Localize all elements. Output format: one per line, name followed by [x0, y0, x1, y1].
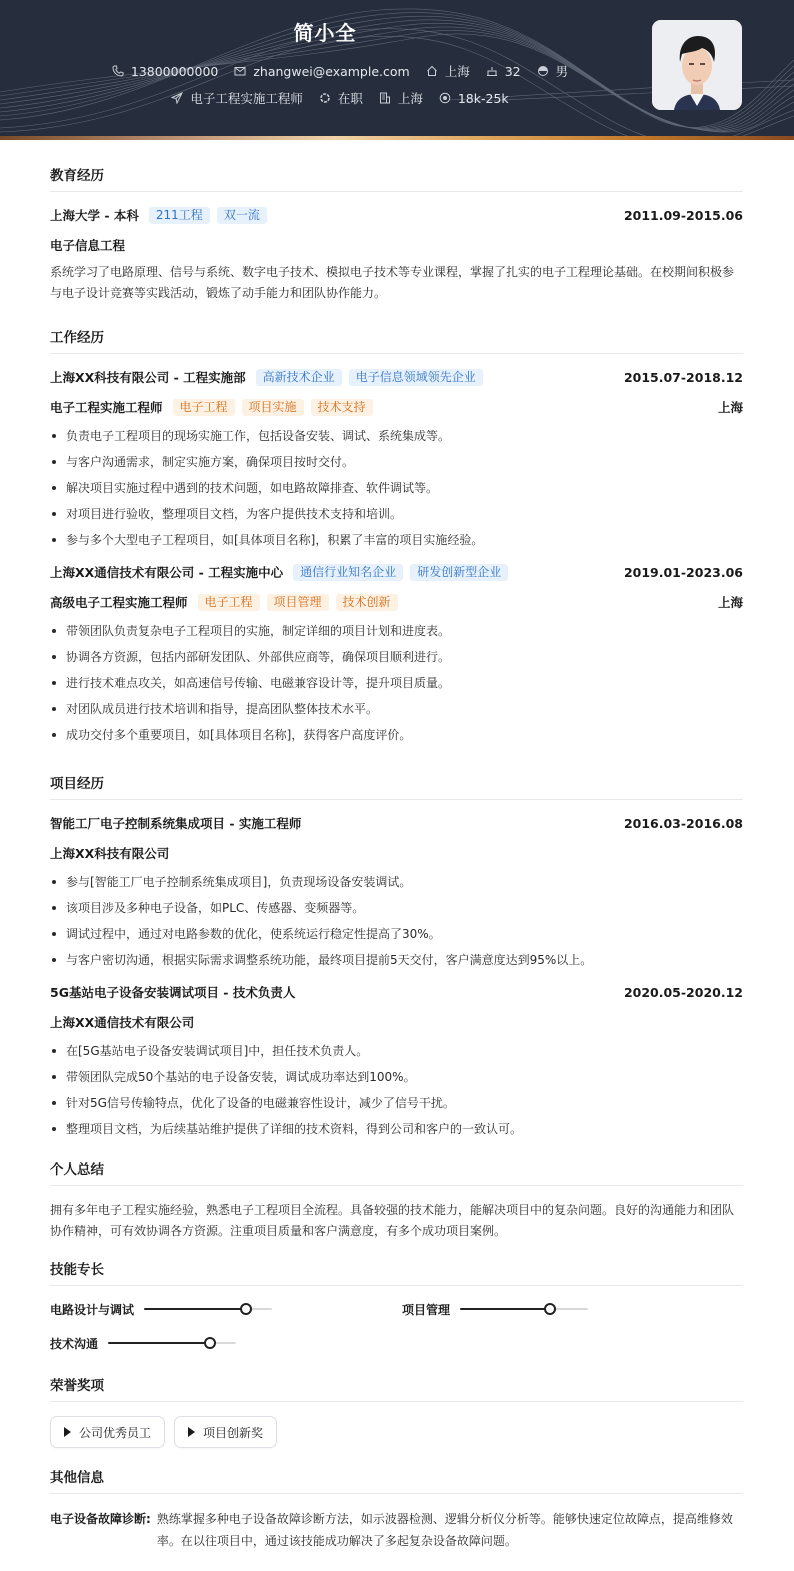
target-position-info: 电子工程实施工程师 [171, 89, 303, 107]
avatar-photo [652, 20, 742, 110]
company-name: 上海XX科技有限公司 - 工程实施部 [50, 368, 246, 386]
position-tag: 项目管理 [267, 594, 329, 611]
home-info: 上海 [426, 62, 470, 80]
education-header-row: 上海大学 - 本科 211工程 双一流 2011.09-2015.06 [50, 206, 743, 224]
company-row: 上海XX通信技术有限公司 - 工程实施中心 通信行业知名企业 研发创新型企业 2… [50, 563, 743, 581]
school-tag: 211工程 [149, 207, 210, 224]
list-item: 针对5G信号传输特点，优化了设备的电磁兼容性设计，减少了信号干扰。 [50, 1090, 743, 1116]
list-item: 进行技术难点攻关，如高速信号传输、电磁兼容设计等，提升项目质量。 [50, 670, 743, 696]
job-location: 上海 [718, 398, 743, 416]
list-item: 负责电子工程项目的现场实施工作，包括设备安装、调试、系统集成等。 [50, 423, 743, 449]
list-item: 协调各方资源，包括内部研发团队、外部供应商等，确保项目顺利进行。 [50, 644, 743, 670]
job-date: 2015.07-2018.12 [624, 370, 743, 385]
company-tag: 通信行业知名企业 [293, 564, 403, 581]
phone-icon [112, 65, 124, 77]
building-icon [379, 92, 391, 104]
school-tag: 双一流 [217, 207, 267, 224]
section-title: 教育经历 [50, 164, 743, 192]
other-label: 电子设备故障诊断: [50, 1508, 151, 1552]
skill-label: 电路设计与调试 [50, 1301, 134, 1318]
school-name: 上海大学 - 本科 [50, 206, 139, 224]
section-title: 个人总结 [50, 1158, 743, 1186]
project-entry: 智能工厂电子控制系统集成项目 - 实施工程师 2016.03-2016.08 上… [50, 814, 743, 973]
home-icon [426, 65, 438, 77]
age-info: 32 [486, 64, 521, 79]
list-item: 对团队成员进行技术培训和指导，提高团队整体技术水平。 [50, 696, 743, 722]
job-location: 上海 [718, 593, 743, 611]
skill-item: 项目管理 [402, 1300, 588, 1318]
work-city-info: 上海 [379, 89, 423, 107]
section-title: 其他信息 [50, 1466, 743, 1494]
email-address[interactable]: zhangwei@example.com [253, 64, 409, 79]
skill-label: 技术沟通 [50, 1335, 98, 1352]
job-entry: 上海XX通信技术有限公司 - 工程实施中心 通信行业知名企业 研发创新型企业 2… [50, 563, 743, 748]
list-item: 成功交付多个重要项目，如[具体项目名称]，获得客户高度评价。 [50, 722, 743, 748]
company-tag: 研发创新型企业 [410, 564, 508, 581]
skill-item: 技术沟通 [50, 1334, 402, 1352]
list-item: 与客户沟通需求，制定实施方案，确保项目按时交付。 [50, 449, 743, 475]
job-date: 2019.01-2023.06 [624, 565, 743, 580]
award-item[interactable]: 项目创新奖 [174, 1416, 277, 1448]
section-title: 荣誉奖项 [50, 1374, 743, 1402]
skills-section: 技能专长 电路设计与调试 项目管理 技术沟通 [50, 1258, 743, 1368]
list-item: 整理项目文档，为后续基站维护提供了详细的技术资料，得到公司和客户的一致认可。 [50, 1116, 743, 1142]
gender-info: 男 [537, 62, 569, 80]
list-item: 与客户密切沟通，根据实际需求调整系统功能，最终项目提前5天交付，客户满意度达到9… [50, 947, 743, 973]
summary-section: 个人总结 拥有多年电子工程实施经验，熟悉电子工程项目全流程。具备较强的技术能力，… [50, 1158, 743, 1242]
position-tag: 项目实施 [242, 399, 304, 416]
phone-number[interactable]: 13800000000 [131, 64, 218, 79]
work-section: 工作经历 上海XX科技有限公司 - 工程实施部 高新技术企业 电子信息领域领先企… [50, 326, 743, 748]
play-triangle-icon [188, 1427, 195, 1437]
list-item: 带领团队完成50个基站的电子设备安装，调试成功率达到100%。 [50, 1064, 743, 1090]
project-entry: 5G基站电子设备安装调试项目 - 技术负责人 2020.05-2020.12 上… [50, 983, 743, 1142]
skill-label: 项目管理 [402, 1301, 450, 1318]
position-tag: 电子工程 [198, 594, 260, 611]
section-title: 项目经历 [50, 772, 743, 800]
project-header-row: 5G基站电子设备安装调试项目 - 技术负责人 2020.05-2020.12 [50, 983, 743, 1001]
job-entry: 上海XX科技有限公司 - 工程实施部 高新技术企业 电子信息领域领先企业 201… [50, 368, 743, 553]
list-item: 该项目涉及多种电子设备，如PLC、传感器、变频器等。 [50, 895, 743, 921]
contact-row: 13800000000 zhangwei@example.com 上海 32 男 [0, 62, 680, 80]
play-triangle-icon [64, 1427, 71, 1437]
skill-level-slider[interactable] [460, 1303, 588, 1315]
project-date: 2020.05-2020.12 [624, 985, 743, 1000]
status-info: 在职 [319, 89, 363, 107]
list-item: 解决项目实施过程中遇到的技术问题，如电路故障排查、软件调试等。 [50, 475, 743, 501]
job-intent-row: 电子工程实施工程师 在职 上海 18k-25k [0, 89, 680, 107]
skills-list: 电路设计与调试 项目管理 技术沟通 [50, 1300, 743, 1368]
company-tag: 电子信息领域领先企业 [349, 369, 483, 386]
salary-info: 18k-25k [439, 91, 509, 106]
job-responsibilities: 带领团队负责复杂电子工程项目的实施，制定详细的项目计划和进度表。 协调各方资源，… [50, 618, 743, 748]
position-title: 高级电子工程实施工程师 [50, 593, 188, 611]
position-row: 高级电子工程实施工程师 电子工程 项目管理 技术创新 上海 [50, 593, 743, 611]
skill-level-slider[interactable] [108, 1337, 236, 1349]
projects-section: 项目经历 智能工厂电子控制系统集成项目 - 实施工程师 2016.03-2016… [50, 772, 743, 1142]
gender-icon [537, 65, 549, 77]
list-item: 调试过程中，通过对电路参数的优化，使系统运行稳定性提高了30%。 [50, 921, 743, 947]
mail-icon [234, 65, 246, 77]
age: 32 [505, 64, 521, 79]
target-position: 电子工程实施工程师 [190, 89, 303, 107]
resume-header: 简小全 13800000000 zhangwei@example.com 上海 … [0, 0, 794, 140]
position-tag: 技术支持 [311, 399, 373, 416]
other-item: 电子设备故障诊断: 熟练掌握多种电子设备故障诊断方法，如示波器检测、逻辑分析仪分… [50, 1508, 743, 1552]
education-section: 教育经历 上海大学 - 本科 211工程 双一流 2011.09-2015.06… [50, 164, 743, 304]
employment-status: 在职 [338, 89, 363, 107]
project-details: 在[5G基站电子设备安装调试项目]中，担任技术负责人。 带领团队完成50个基站的… [50, 1038, 743, 1142]
award-label: 项目创新奖 [203, 1424, 263, 1441]
header-accent-bar [0, 136, 794, 140]
project-details: 参与[智能工厂电子控制系统集成项目]，负责现场设备安装调试。 该项目涉及多种电子… [50, 869, 743, 973]
salary-icon [439, 92, 451, 104]
list-item: 带领团队负责复杂电子工程项目的实施，制定详细的项目计划和进度表。 [50, 618, 743, 644]
major-row: 电子信息工程 [50, 236, 743, 254]
education-description: 系统学习了电路原理、信号与系统、数字电子技术、模拟电子技术等专业课程，掌握了扎实… [50, 262, 743, 304]
education-date: 2011.09-2015.06 [624, 208, 743, 223]
skill-item: 电路设计与调试 [50, 1300, 402, 1318]
summary-text: 拥有多年电子工程实施经验，熟悉电子工程项目全流程。具备较强的技术能力，能解决项目… [50, 1200, 743, 1242]
slider-knob[interactable] [544, 1303, 556, 1315]
candidate-name: 简小全 [0, 17, 650, 46]
company-name: 上海XX通信技术有限公司 - 工程实施中心 [50, 563, 283, 581]
expected-salary: 18k-25k [458, 91, 509, 106]
project-company: 上海XX通信技术有限公司 [50, 1013, 194, 1031]
position-tag: 技术创新 [336, 594, 398, 611]
slider-knob[interactable] [240, 1303, 252, 1315]
send-icon [171, 92, 183, 104]
project-name: 智能工厂电子控制系统集成项目 - 实施工程师 [50, 814, 301, 832]
status-icon [319, 92, 331, 104]
major: 电子信息工程 [50, 236, 125, 254]
award-label: 公司优秀员工 [79, 1424, 151, 1441]
work-city: 上海 [398, 89, 423, 107]
other-section: 其他信息 电子设备故障诊断: 熟练掌握多种电子设备故障诊断方法，如示波器检测、逻… [50, 1466, 743, 1552]
project-company-row: 上海XX通信技术有限公司 [50, 1013, 743, 1031]
project-header-row: 智能工厂电子控制系统集成项目 - 实施工程师 2016.03-2016.08 [50, 814, 743, 832]
skill-level-slider[interactable] [144, 1303, 272, 1315]
email-info: zhangwei@example.com [234, 64, 409, 79]
position-title: 电子工程实施工程师 [50, 398, 163, 416]
list-item: 对项目进行验收，整理项目文档，为客户提供技术支持和培训。 [50, 501, 743, 527]
section-title: 工作经历 [50, 326, 743, 354]
other-text: 熟练掌握多种电子设备故障诊断方法，如示波器检测、逻辑分析仪分析等。能够快速定位故… [157, 1508, 743, 1552]
award-item[interactable]: 公司优秀员工 [50, 1416, 165, 1448]
job-responsibilities: 负责电子工程项目的现场实施工作，包括设备安装、调试、系统集成等。 与客户沟通需求… [50, 423, 743, 553]
project-name: 5G基站电子设备安装调试项目 - 技术负责人 [50, 983, 295, 1001]
position-tag: 电子工程 [173, 399, 235, 416]
list-item: 在[5G基站电子设备安装调试项目]中，担任技术负责人。 [50, 1038, 743, 1064]
awards-list: 公司优秀员工 项目创新奖 [50, 1416, 743, 1448]
project-date: 2016.03-2016.08 [624, 816, 743, 831]
phone-info: 13800000000 [112, 64, 218, 79]
list-item: 参与[智能工厂电子控制系统集成项目]，负责现场设备安装调试。 [50, 869, 743, 895]
resume-body: 教育经历 上海大学 - 本科 211工程 双一流 2011.09-2015.06… [0, 164, 794, 1552]
hometown: 上海 [445, 62, 470, 80]
slider-knob[interactable] [204, 1337, 216, 1349]
gender: 男 [556, 62, 569, 80]
cake-icon [486, 65, 498, 77]
list-item: 参与多个大型电子工程项目，如[具体项目名称]，积累了丰富的项目实施经验。 [50, 527, 743, 553]
company-tag: 高新技术企业 [256, 369, 342, 386]
project-company: 上海XX科技有限公司 [50, 844, 169, 862]
section-title: 技能专长 [50, 1258, 743, 1286]
position-row: 电子工程实施工程师 电子工程 项目实施 技术支持 上海 [50, 398, 743, 416]
project-company-row: 上海XX科技有限公司 [50, 844, 743, 862]
company-row: 上海XX科技有限公司 - 工程实施部 高新技术企业 电子信息领域领先企业 201… [50, 368, 743, 386]
awards-section: 荣誉奖项 公司优秀员工 项目创新奖 [50, 1374, 743, 1448]
